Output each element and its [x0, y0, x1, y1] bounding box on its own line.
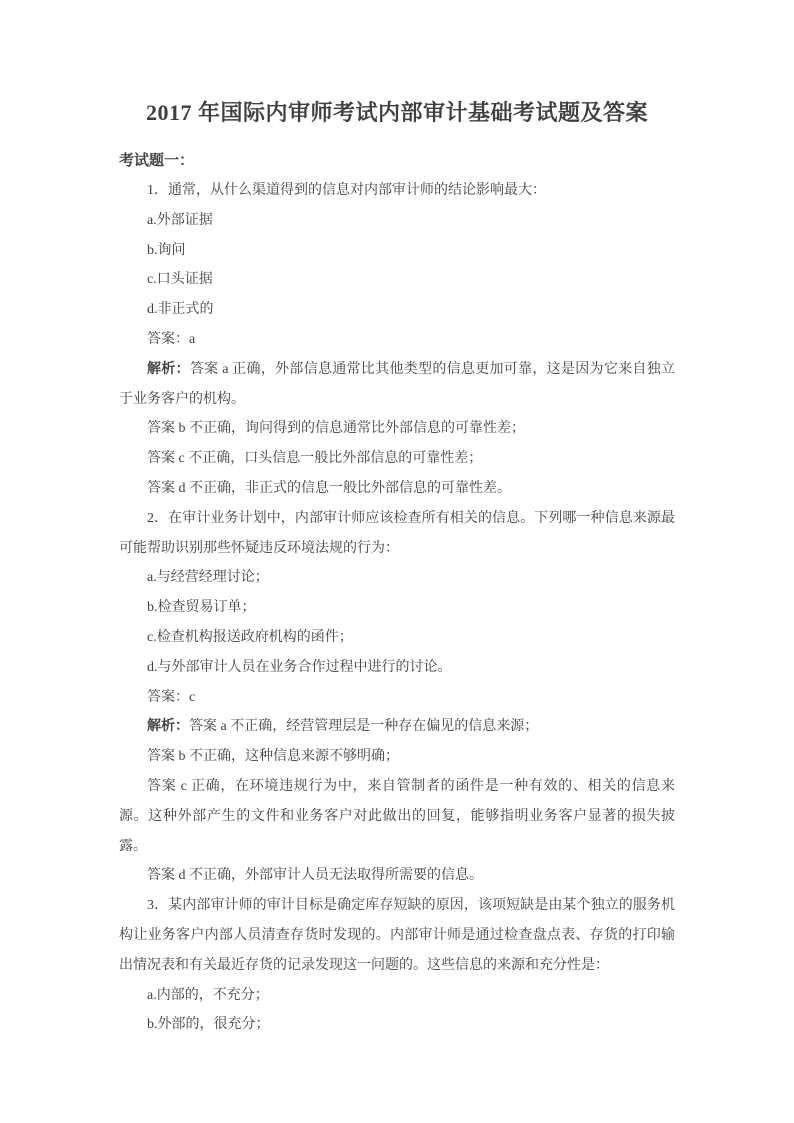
question-stem: 2．在审计业务计划中，内部审计师应该检查所有相关的信息。下列哪一种信息来源最可能… [119, 504, 675, 564]
analysis-line: 解析：答案 a 不正确，经营管理层是一种存在偏见的信息来源； [119, 712, 675, 742]
question-option: b.外部的，很充分； [119, 1010, 675, 1040]
analysis-text: 答案 a 正确，外部信息通常比其他类型的信息更加可靠，这是因为它来自独立于业务客… [119, 362, 675, 407]
analysis-line: 答案 c 正确，在环境违规行为中，来自管制者的函件是一种有效的、相关的信息来源。… [119, 772, 675, 861]
analysis-line: 解析：答案 a 正确，外部信息通常比其他类型的信息更加可靠，这是因为它来自独立于… [119, 355, 675, 415]
analysis-line: 答案 d 不正确，非正式的信息一般比外部信息的可靠性差。 [119, 474, 675, 504]
section-heading: 考试题一： [119, 146, 675, 176]
question-option: c.口头证据 [119, 265, 675, 295]
question-option: a.外部证据 [119, 206, 675, 236]
question-stem: 3．某内部审计师的审计目标是确定库存短缺的原因，该项短缺是由某个独立的服务机构让… [119, 891, 675, 980]
analysis-line: 答案 b 不正确，这种信息来源不够明确； [119, 742, 675, 772]
analysis-text: 答案 d 不正确，外部审计人员无法取得所需要的信息。 [147, 868, 483, 883]
analysis-line: 答案 c 不正确，口头信息一般比外部信息的可靠性差； [119, 444, 675, 474]
analysis-text: 答案 b 不正确，询问得到的信息通常比外部信息的可靠性差； [147, 421, 525, 436]
question-block-1: 1．通常，从什么渠道得到的信息对内部审计师的结论影响最大： a.外部证据 b.询… [119, 176, 675, 504]
answer-line: 答案：a [119, 325, 675, 355]
analysis-label: 解析： [147, 362, 190, 377]
analysis-label: 解析： [147, 719, 189, 734]
question-option: a.内部的，不充分； [119, 981, 675, 1011]
page-content: 2017 年国际内审师考试内部审计基础考试题及答案 考试题一： 1．通常，从什么… [119, 97, 675, 1040]
question-option: b.询问 [119, 236, 675, 266]
question-option: d.非正式的 [119, 295, 675, 325]
question-option: b.检查贸易订单； [119, 593, 675, 623]
question-option: c.检查机构报送政府机构的函件； [119, 623, 675, 653]
analysis-text: 答案 b 不正确，这种信息来源不够明确； [147, 749, 399, 764]
document-page: 2017 年国际内审师考试内部审计基础考试题及答案 考试题一： 1．通常，从什么… [0, 0, 794, 1123]
analysis-text: 答案 c 正确，在环境违规行为中，来自管制者的函件是一种有效的、相关的信息来源。… [119, 779, 675, 854]
question-stem: 1．通常，从什么渠道得到的信息对内部审计师的结论影响最大： [119, 176, 675, 206]
question-block-3: 3．某内部审计师的审计目标是确定库存短缺的原因，该项短缺是由某个独立的服务机构让… [119, 891, 675, 1040]
question-block-2: 2．在审计业务计划中，内部审计师应该检查所有相关的信息。下列哪一种信息来源最可能… [119, 504, 675, 891]
analysis-line: 答案 b 不正确，询问得到的信息通常比外部信息的可靠性差； [119, 414, 675, 444]
question-option: d.与外部审计人员在业务合作过程中进行的讨论。 [119, 653, 675, 683]
answer-line: 答案：c [119, 683, 675, 713]
document-title: 2017 年国际内审师考试内部审计基础考试题及答案 [119, 97, 675, 128]
analysis-line: 答案 d 不正确，外部审计人员无法取得所需要的信息。 [119, 861, 675, 891]
analysis-text: 答案 c 不正确，口头信息一般比外部信息的可靠性差； [147, 451, 482, 466]
analysis-text: 答案 d 不正确，非正式的信息一般比外部信息的可靠性差。 [147, 481, 511, 496]
question-option: a.与经营经理讨论； [119, 563, 675, 593]
analysis-text: 答案 a 不正确，经营管理层是一种存在偏见的信息来源； [189, 719, 538, 734]
